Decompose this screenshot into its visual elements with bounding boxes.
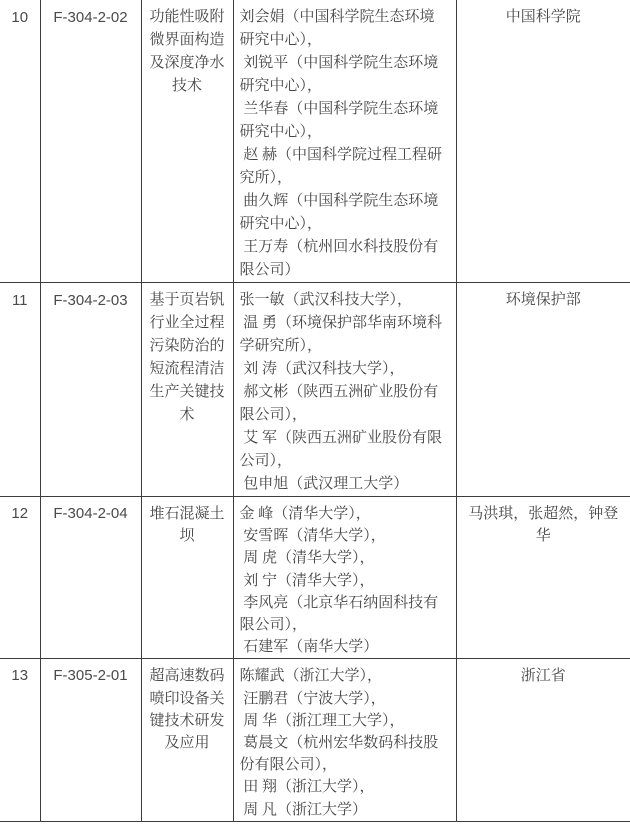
code-cell: F-304-2-04	[40, 497, 141, 659]
people-line: 郝文彬（陕西五洲矿业股份有	[240, 381, 453, 404]
people-line: 刘 宁（清华大学），	[240, 570, 453, 592]
serial-cell: 10	[0, 0, 40, 283]
serial-cell: 13	[0, 659, 40, 821]
people-line: 份有限公司），	[240, 754, 453, 776]
people-line: 公司），	[240, 450, 453, 473]
table-row: 11 F-304-2-03 基于页岩钒行业全过程污染防治的短流程清洁生产关键技术…	[0, 283, 630, 497]
nominator-cell: 环境保护部	[456, 283, 630, 497]
people-cell: 刘会娟（中国科学院生态环境研究中心）， 刘锐平（中国科学院生态环境研究中心）， …	[233, 0, 456, 283]
table-row: 10 F-304-2-02 功能性吸附微界面构造及深度净水技术 刘会娟（中国科学…	[0, 0, 630, 283]
people-line: 石建军（南华大学）	[240, 636, 453, 658]
people-line: 研究中心），	[240, 29, 453, 52]
awards-table: 10 F-304-2-02 功能性吸附微界面构造及深度净水技术 刘会娟（中国科学…	[0, 0, 630, 822]
nominator-cell: 浙江省	[456, 659, 630, 821]
people-line: 刘 涛（武汉科技大学），	[240, 358, 453, 381]
people-cell: 金 峰（清华大学）， 安雪晖（清华大学）， 周 虎（清华大学）， 刘 宁（清华大…	[233, 497, 456, 659]
title-cell: 功能性吸附微界面构造及深度净水技术	[141, 0, 233, 283]
people-line: 金 峰（清华大学），	[240, 503, 453, 525]
people-line: 田 翔（浙江大学），	[240, 776, 453, 798]
people-line: 限公司），	[240, 614, 453, 636]
people-line: 究所），	[240, 167, 453, 190]
people-line: 汪鹏君（宁波大学），	[240, 688, 453, 710]
table-row: 12 F-304-2-04 堆石混凝土坝 金 峰（清华大学）， 安雪晖（清华大学…	[0, 497, 630, 659]
people-line: 研究中心），	[240, 75, 453, 98]
people-line: 周 凡（浙江大学）	[240, 799, 453, 821]
title-cell: 基于页岩钒行业全过程污染防治的短流程清洁生产关键技术	[141, 283, 233, 497]
title-cell: 堆石混凝土坝	[141, 497, 233, 659]
people-line: 兰华春（中国科学院生态环境	[240, 98, 453, 121]
code-cell: F-304-2-02	[40, 0, 141, 283]
people-line: 周 华（浙江理工大学），	[240, 710, 453, 732]
people-cell: 张一敏（武汉科技大学）， 温 勇（环境保护部华南环境科学研究所）， 刘 涛（武汉…	[233, 283, 456, 497]
people-line: 张一敏（武汉科技大学），	[240, 289, 453, 312]
title-cell: 超高速数码喷印设备关键技术研发及应用	[141, 659, 233, 821]
people-line: 刘会娟（中国科学院生态环境	[240, 6, 453, 29]
nominator-cell: 马洪琪，张超然，钟登华	[456, 497, 630, 659]
people-line: 限公司）	[240, 259, 453, 282]
people-line: 限公司），	[240, 404, 453, 427]
nominator-cell: 中国科学院	[456, 0, 630, 283]
people-line: 安雪晖（清华大学），	[240, 525, 453, 547]
people-line: 刘锐平（中国科学院生态环境	[240, 52, 453, 75]
serial-cell: 12	[0, 497, 40, 659]
people-line: 曲久辉（中国科学院生态环境	[240, 190, 453, 213]
people-line: 赵 赫（中国科学院过程工程研	[240, 144, 453, 167]
people-line: 王万寿（杭州回水科技股份有	[240, 236, 453, 259]
table-row: 13 F-305-2-01 超高速数码喷印设备关键技术研发及应用 陈耀武（浙江大…	[0, 659, 630, 821]
people-line: 研究中心），	[240, 213, 453, 236]
people-line: 陈耀武（浙江大学），	[240, 665, 453, 687]
serial-cell: 11	[0, 283, 40, 497]
people-line: 艾 军（陕西五洲矿业股份有限	[240, 427, 453, 450]
people-line: 葛晨文（杭州宏华数码科技股	[240, 732, 453, 754]
people-line: 周 虎（清华大学），	[240, 547, 453, 569]
people-line: 包申旭（武汉理工大学）	[240, 473, 453, 496]
people-line: 学研究所），	[240, 335, 453, 358]
people-cell: 陈耀武（浙江大学）， 汪鹏君（宁波大学）， 周 华（浙江理工大学）， 葛晨文（杭…	[233, 659, 456, 821]
people-line: 温 勇（环境保护部华南环境科	[240, 312, 453, 335]
code-cell: F-304-2-03	[40, 283, 141, 497]
people-line: 研究中心），	[240, 121, 453, 144]
code-cell: F-305-2-01	[40, 659, 141, 821]
people-line: 李风亮（北京华石纳固科技有	[240, 592, 453, 614]
